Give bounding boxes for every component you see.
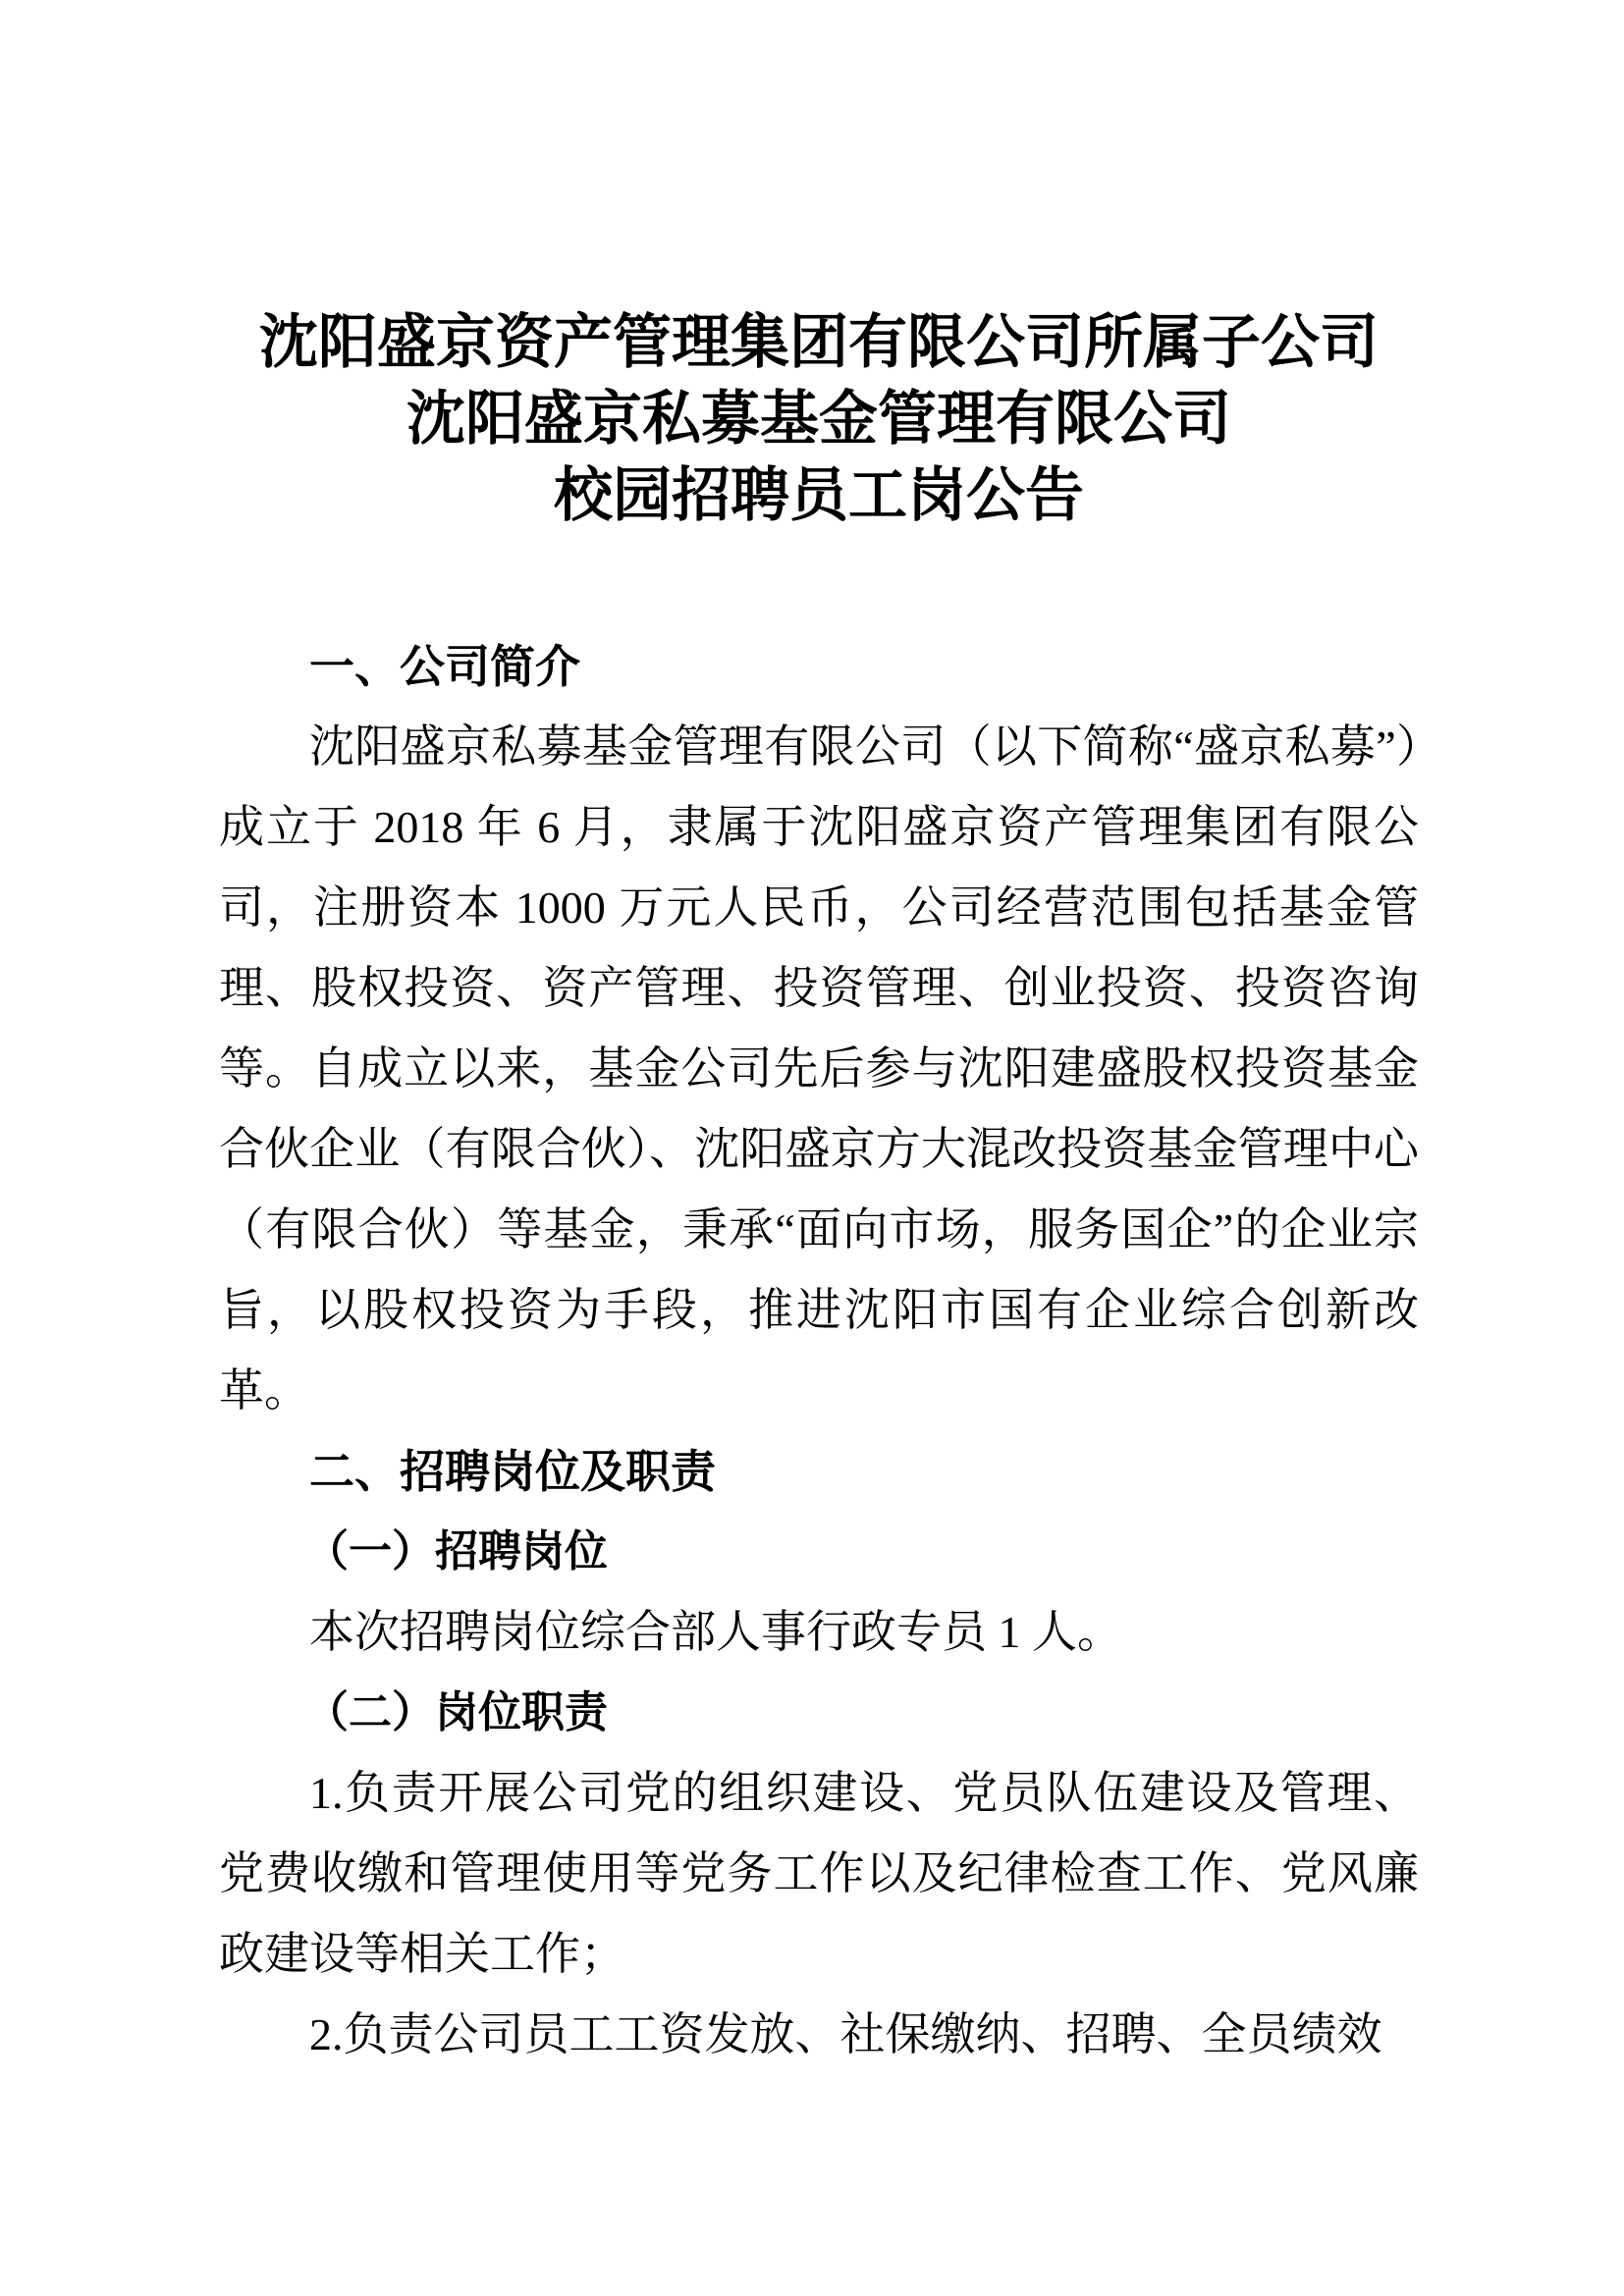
section-heading: （二）岗位职责 [219,1673,1419,1753]
page-content: 沈阳盛京资产管理集团有限公司所属子公司 沈阳盛京私募基金管理有限公司 校园招聘员… [219,304,1419,2075]
body-paragraph: 沈阳盛京私募基金管理有限公司（以下简称“盛京私募”）成立于 2018 年 6 月… [219,707,1419,1431]
section-heading: （一）招聘岗位 [219,1512,1419,1592]
title-line-2: 沈阳盛京私募基金管理有限公司 [219,381,1419,457]
document-title: 沈阳盛京资产管理集团有限公司所属子公司 沈阳盛京私募基金管理有限公司 校园招聘员… [219,304,1419,534]
title-line-1: 沈阳盛京资产管理集团有限公司所属子公司 [219,304,1419,381]
title-line-3: 校园招聘员工岗公告 [219,457,1419,534]
body-paragraph: 2.负责公司员工工资发放、社保缴纳、招聘、全员绩效 [219,1995,1419,2075]
section-heading: 二、招聘岗位及职责 [219,1431,1419,1512]
document-body: 一、公司简介沈阳盛京私募基金管理有限公司（以下简称“盛京私募”）成立于 2018… [219,626,1419,2075]
section-heading: 一、公司简介 [219,626,1419,707]
body-paragraph: 1.负责开展公司党的组织建设、党员队伍建设及管理、党费收缴和管理使用等党务工作以… [219,1753,1419,1995]
body-paragraph: 本次招聘岗位综合部人事行政专员 1 人。 [219,1592,1419,1673]
document-page: 沈阳盛京资产管理集团有限公司所属子公司 沈阳盛京私募基金管理有限公司 校园招聘员… [0,0,1624,2296]
